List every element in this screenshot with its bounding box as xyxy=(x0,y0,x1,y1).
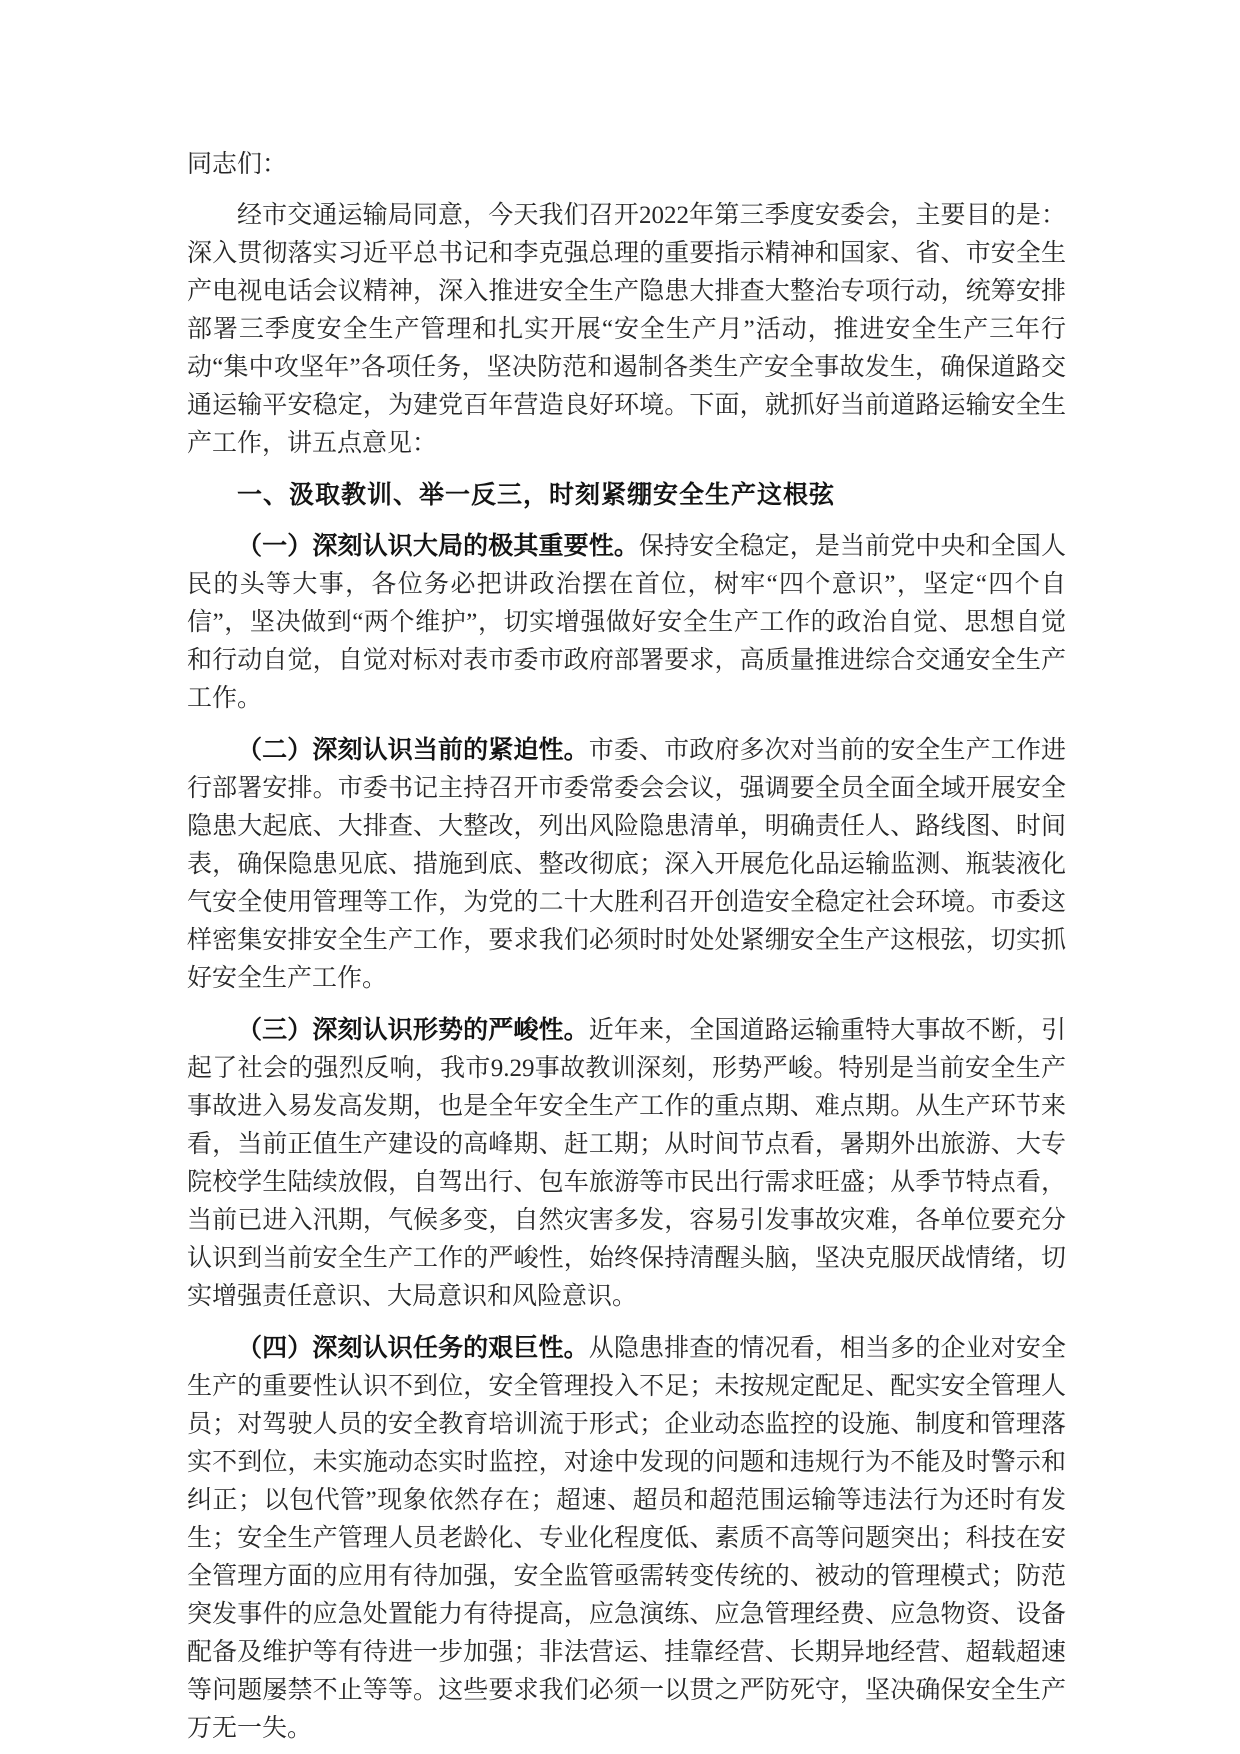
section-heading: 一、汲取教训、举一反三，时刻紧绷安全生产这根弦 xyxy=(187,476,1066,514)
salutation: 同志们： xyxy=(187,146,1066,184)
intro-paragraph: 经市交通运输局同意，今天我们召开2022年第三季度安委会，主要目的是：深入贯彻落… xyxy=(187,197,1066,463)
item-1-lead: （一）深刻认识大局的极其重要性。 xyxy=(237,532,639,560)
item-2-body: 市委、市政府多次对当前的安全生产工作进行部署安排。市委书记主持召开市委常委会会议… xyxy=(187,737,1066,992)
item-paragraph-2: （二）深刻认识当前的紧迫性。市委、市政府多次对当前的安全生产工作进行部署安排。市… xyxy=(187,731,1066,998)
item-paragraph-4: （四）深刻认识任务的艰巨性。从隐患排查的情况看，相当多的企业对安全生产的重要性认… xyxy=(187,1329,1066,1748)
item-paragraph-1: （一）深刻认识大局的极其重要性。保持安全稳定，是当前党中央和全国人民的头等大事，… xyxy=(187,527,1066,718)
item-4-body: 从隐患排查的情况看，相当多的企业对安全生产的重要性认识不到位，安全管理投入不足；… xyxy=(187,1335,1066,1742)
item-paragraph-3: （三）深刻认识形势的严峻性。近年来，全国道路运输重特大事故不断，引起了社会的强烈… xyxy=(187,1011,1066,1316)
item-4-lead: （四）深刻认识任务的艰巨性。 xyxy=(237,1334,589,1362)
item-2-lead: （二）深刻认识当前的紧迫性。 xyxy=(237,736,589,764)
item-3-lead: （三）深刻认识形势的严峻性。 xyxy=(237,1016,589,1044)
document-page: 同志们： 经市交通运输局同意，今天我们召开2022年第三季度安委会，主要目的是：… xyxy=(0,0,1240,1754)
item-3-body: 近年来，全国道路运输重特大事故不断，引起了社会的强烈反响，我市9.29事故教训深… xyxy=(187,1017,1066,1310)
